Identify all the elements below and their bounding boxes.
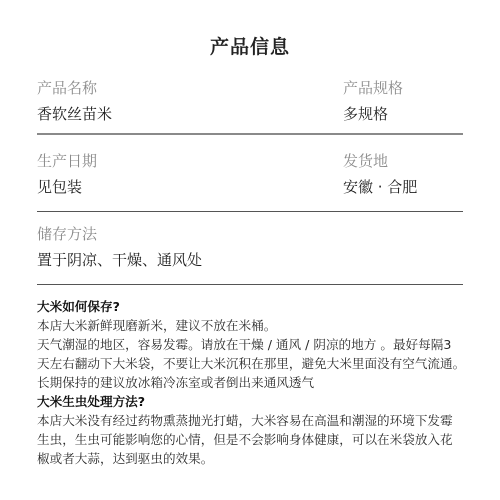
field-value: 见包装 — [37, 178, 97, 196]
field-value: 安徽 · 合肥 — [343, 178, 417, 196]
care-notes: 大米如何保存? 本店大米新鲜现磨新米，建议不放在米桶。 天气潮湿的地区，容易发霉… — [37, 297, 477, 468]
field-label: 产品规格 — [343, 79, 403, 97]
pest-line: 椒或者大蒜，达到驱虫的效果。 — [37, 449, 477, 468]
field-value: 多规格 — [343, 105, 403, 123]
storage-line: 长期保持的建议放冰箱冷冻室或者倒出来通风透气 — [37, 373, 477, 392]
field-storage-method: 储存方法 置于阴凉、干燥、通风处 — [37, 225, 202, 269]
field-label: 产品名称 — [37, 79, 112, 97]
field-ship-from: 发货地 安徽 · 合肥 — [343, 152, 417, 196]
divider — [37, 133, 463, 135]
storage-heading: 大米如何保存? — [37, 297, 477, 316]
divider — [37, 284, 463, 285]
pest-heading: 大米生虫处理方法? — [37, 392, 477, 411]
pest-line: 生虫，生虫可能影响您的心情，但是不会影响身体健康，可以在米袋放入花 — [37, 430, 477, 449]
field-product-spec: 产品规格 多规格 — [343, 79, 403, 123]
divider — [37, 211, 463, 212]
field-label: 发货地 — [343, 152, 417, 170]
storage-line: 本店大米新鲜现磨新米，建议不放在米桶。 — [37, 316, 477, 335]
field-label: 生产日期 — [37, 152, 97, 170]
storage-line: 天气潮湿的地区，容易发霉。请放在干燥 / 通风 / 阴凉的地方 。最好每隔3 — [37, 335, 477, 354]
field-product-name: 产品名称 香软丝苗米 — [37, 79, 112, 123]
field-label: 储存方法 — [37, 225, 202, 243]
page-title: 产品信息 — [0, 32, 500, 59]
field-value: 置于阴凉、干燥、通风处 — [37, 251, 202, 269]
pest-line: 本店大米没有经过药物熏蒸抛光打蜡，大米容易在高温和潮湿的环境下发霉 — [37, 411, 477, 430]
field-value: 香软丝苗米 — [37, 105, 112, 123]
storage-line: 天左右翻动下大米袋，不要让大米沉积在那里，避免大米里面没有空气流通。 — [37, 354, 477, 373]
field-production-date: 生产日期 见包装 — [37, 152, 97, 196]
